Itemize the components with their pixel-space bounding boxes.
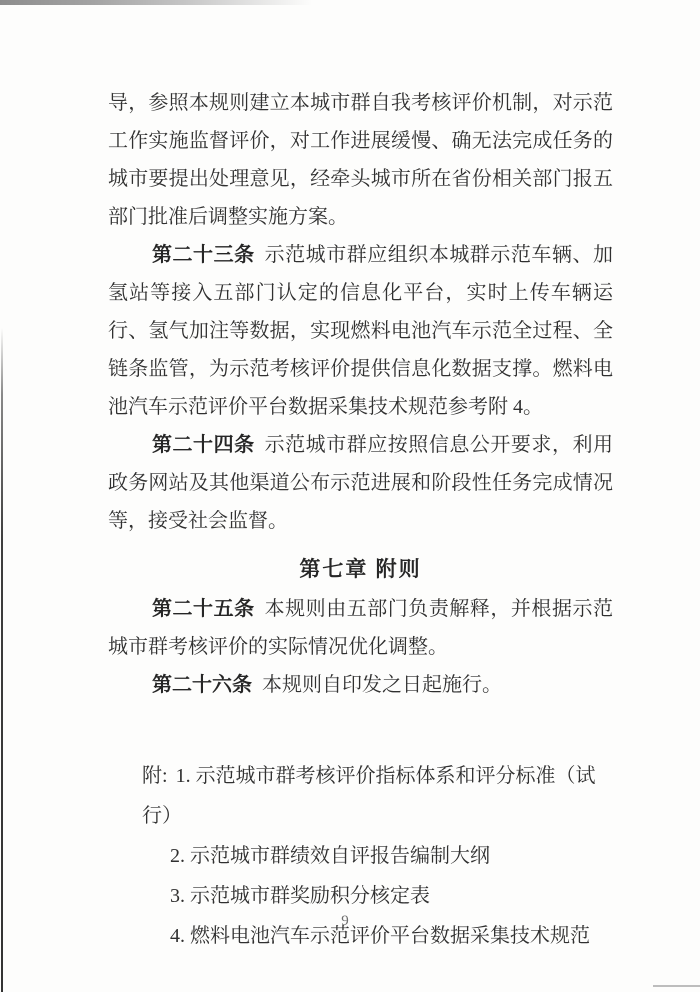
- paragraph-article-24: 第二十四条示范城市群应按照信息公开要求，利用政务网站及其他渠道公布示范进展和阶段…: [108, 426, 613, 540]
- article-number: 第二十六条: [152, 674, 252, 696]
- attachment-label: 附:: [142, 765, 168, 787]
- paragraph-article-23: 第二十三条示范城市群应组织本城群示范车辆、加氢站等接入五部门认定的信息化平台，实…: [108, 236, 613, 426]
- attachment-text: 1. 示范城市群考核评价指标体系和评分标准（试行）: [142, 765, 596, 827]
- attachment-text: 2. 示范城市群绩效自评报告编制大纲: [170, 845, 490, 867]
- article-number: 第二十四条: [152, 434, 255, 456]
- page-number: 9: [0, 913, 690, 930]
- paragraph-text: 本规则自印发之日起施行。: [262, 674, 502, 696]
- scan-artifact-bottom-right: [653, 985, 700, 987]
- attachment-item-2: 2. 示范城市群绩效自评报告编制大纲: [142, 836, 613, 876]
- paragraph-continuation: 导，参照本规则建立本城市群自我考核评价机制，对示范工作实施监督评价，对工作进展缓…: [108, 84, 613, 236]
- paragraph-text: 导，参照本规则建立本城市群自我考核评价机制，对示范工作实施监督评价，对工作进展缓…: [108, 92, 613, 228]
- attachment-item-1: 附:1. 示范城市群考核评价指标体系和评分标准（试行）: [142, 756, 613, 836]
- article-number: 第二十五条: [152, 598, 255, 620]
- page-content: 导，参照本规则建立本城市群自我考核评价机制，对示范工作实施监督评价，对工作进展缓…: [108, 84, 613, 956]
- scan-artifact-top-edge: [0, 0, 312, 5]
- attachment-text: 3. 示范城市群奖励积分核定表: [170, 885, 430, 907]
- document-page: 导，参照本规则建立本城市群自我考核评价机制，对示范工作实施监督评价，对工作进展缓…: [0, 0, 700, 992]
- paragraph-article-25: 第二十五条本规则由五部门负责解释，并根据示范城市群考核评价的实际情况优化调整。: [108, 590, 613, 666]
- paragraph-text: 示范城市群应组织本城群示范车辆、加氢站等接入五部门认定的信息化平台，实时上传车辆…: [108, 244, 613, 418]
- scan-artifact-left-edge: [1, 328, 3, 992]
- paragraph-article-26: 第二十六条本规则自印发之日起施行。: [108, 666, 613, 704]
- attachment-item-3: 3. 示范城市群奖励积分核定表: [142, 876, 613, 916]
- chapter-heading: 第七章 附则: [108, 550, 613, 588]
- article-number: 第二十三条: [152, 244, 255, 266]
